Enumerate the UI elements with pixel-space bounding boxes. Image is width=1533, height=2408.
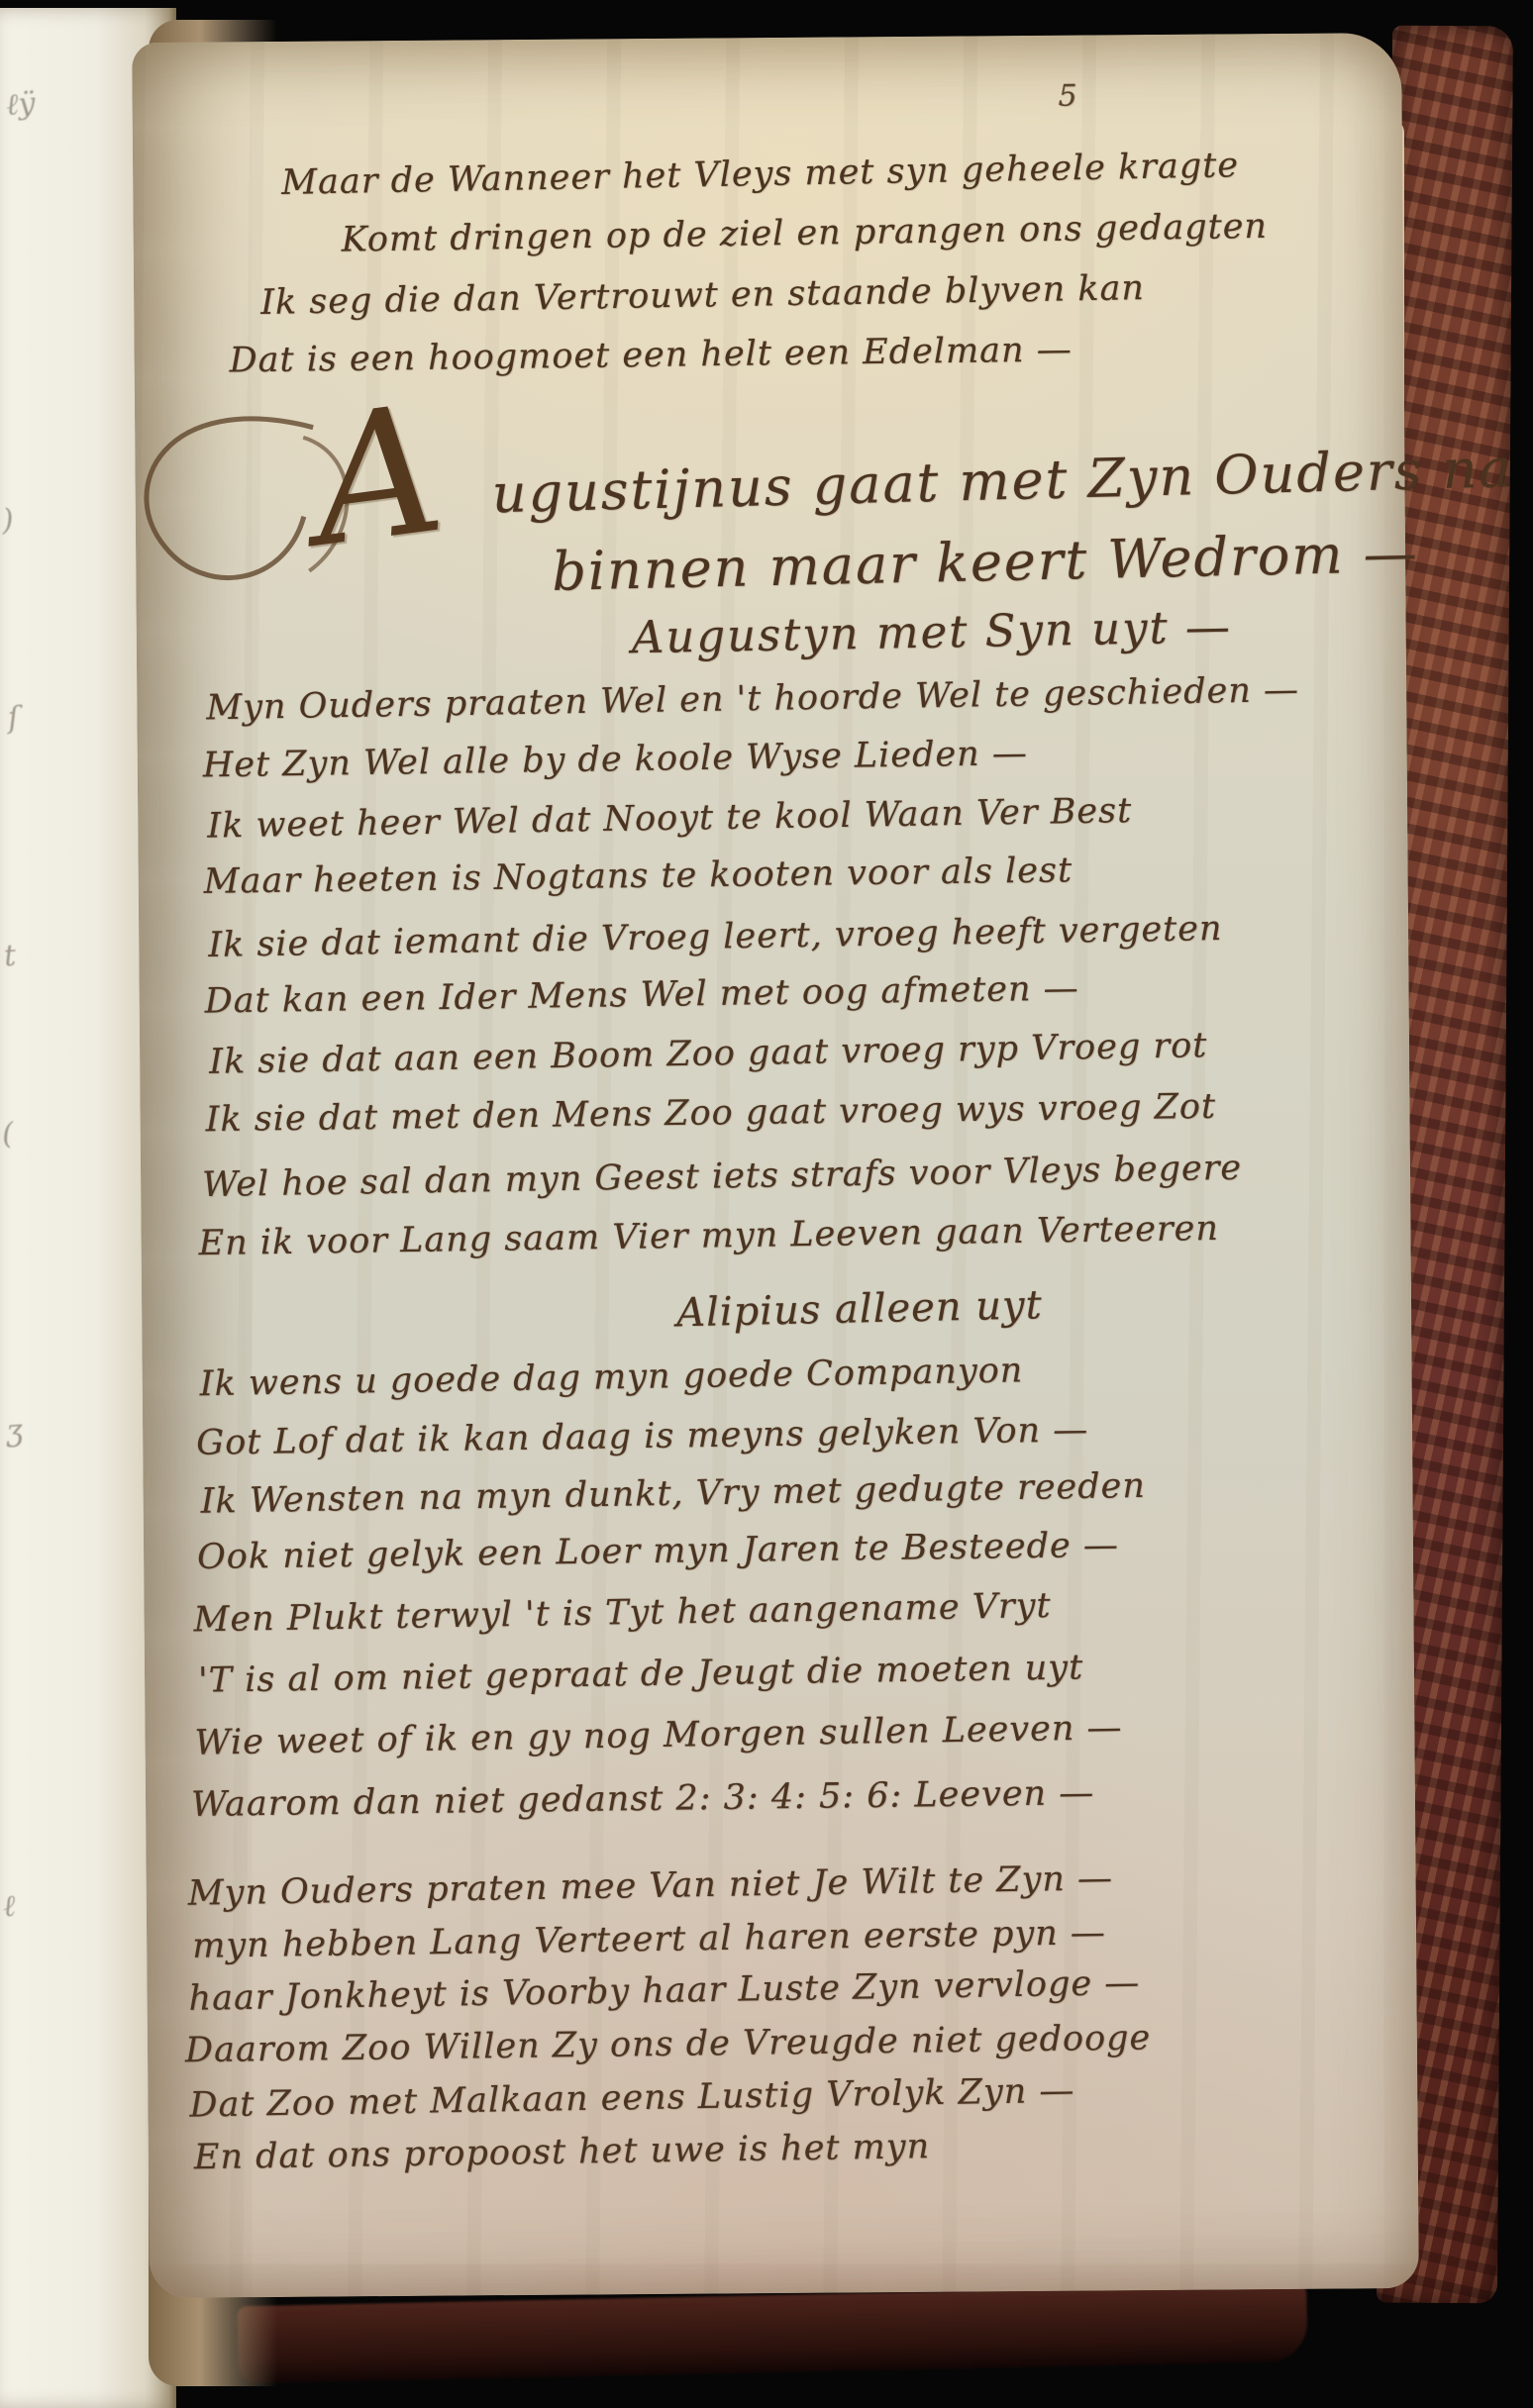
verse-line: Wel hoe sal dan myn Geest iets strafs vo… <box>202 1149 1243 1205</box>
verse-line: Myn Ouders praten mee Van niet Je Wilt t… <box>187 1858 1113 1913</box>
verse-line: Dat is een hoogmoet een helt een Edelman… <box>229 330 1073 380</box>
verse-line: Ook niet gelyk een Loer myn Jaren te Bes… <box>197 1526 1119 1577</box>
verse-line: En ik voor Lang saam Vier myn Leeven gaa… <box>198 1209 1219 1263</box>
verse-line: Men Plukt terwyl 't is Tyt het aangename… <box>193 1586 1052 1640</box>
verse-line: Waarom dan niet gedanst 2: 3: 4: 5: 6: L… <box>191 1773 1095 1825</box>
verse-line: Ik sie dat iemant die Vroeg leert, vroeg… <box>208 909 1223 965</box>
verse-line: Ik Wensten na myn dunkt, Vry met gedugte… <box>200 1466 1146 1522</box>
decorative-initial: A <box>306 409 449 544</box>
folio-page-number: 5 <box>1058 79 1077 114</box>
scene-heading-line3: Augustyn met Syn uyt — <box>631 600 1232 663</box>
verse-line: Ik sie dat met den Mens Zoo gaat vroeg w… <box>205 1087 1216 1140</box>
verse-line: Got Lof dat ik kan daag is meyns gelyken… <box>196 1410 1089 1462</box>
verse-line: Daarom Zoo Willen Zy ons de Vreugde niet… <box>185 2018 1152 2070</box>
facing-page-writing-fragment: ℓÿ <box>5 86 37 123</box>
scene-heading-line2: binnen maar keert Wedrom — <box>552 522 1420 603</box>
verse-line: Maar heeten is Nogtans te kooten voor al… <box>203 851 1073 901</box>
manuscript-page: 5 Maar de Wanneer het Vleys met syn gehe… <box>132 33 1419 2298</box>
stage-direction-heading: Alipius alleen uyt <box>676 1282 1043 1336</box>
facing-page-writing-fragment: ( <box>1 1117 15 1153</box>
verse-line: Myn Ouders praaten Wel en 't hoorde Wel … <box>206 670 1299 728</box>
verse-line: Ik weet heer Wel dat Nooyt te kool Waan … <box>207 791 1132 846</box>
verse-line: Maar de Wanneer het Vleys met syn geheel… <box>281 146 1239 203</box>
facing-page-writing-fragment: t <box>3 939 17 974</box>
verse-line: Ik sie dat aan een Boom Zoo gaat vroeg r… <box>209 1026 1208 1082</box>
verse-line: 'T is al om niet gepraat de Jeugt die mo… <box>198 1648 1084 1700</box>
verse-line: Dat kan een Ider Mens Wel met oog afmete… <box>204 969 1079 1022</box>
verse-line: Het Zyn Wel alle by de koole Wyse Lieden… <box>203 734 1029 785</box>
facing-page-writing-fragment: ℓ <box>2 1889 17 1925</box>
verse-line: Komt dringen op de ziel en prangen ons g… <box>341 207 1268 260</box>
facing-page-writing-fragment: ) <box>1 503 15 539</box>
verse-line: En dat ons propoost het uwe is het myn <box>194 2127 931 2177</box>
verse-line: Ik seg die dan Vertrouwt en staande blyv… <box>260 268 1145 323</box>
book-cover-bottom-edge <box>237 2284 1307 2384</box>
verse-line: Ik wens u goede dag myn goede Companyon <box>199 1351 1023 1404</box>
facing-page-writing-fragment: ʒ <box>5 1413 24 1449</box>
facing-page-writing-fragment: ſ <box>7 701 21 737</box>
verse-line: myn hebben Lang Verteert al haren eerste… <box>192 1913 1106 1966</box>
verse-line: Wie weet of ik en gy nog Morgen sullen L… <box>194 1708 1123 1763</box>
scene-heading-line1: ugustijnus gaat met Zyn Ouders na <box>491 437 1513 525</box>
verse-line: Dat Zoo met Malkaan eens Lustig Vrolyk Z… <box>189 2071 1075 2126</box>
verse-line: haar Jonkheyt is Voorby haar Luste Zyn v… <box>188 1963 1140 2019</box>
